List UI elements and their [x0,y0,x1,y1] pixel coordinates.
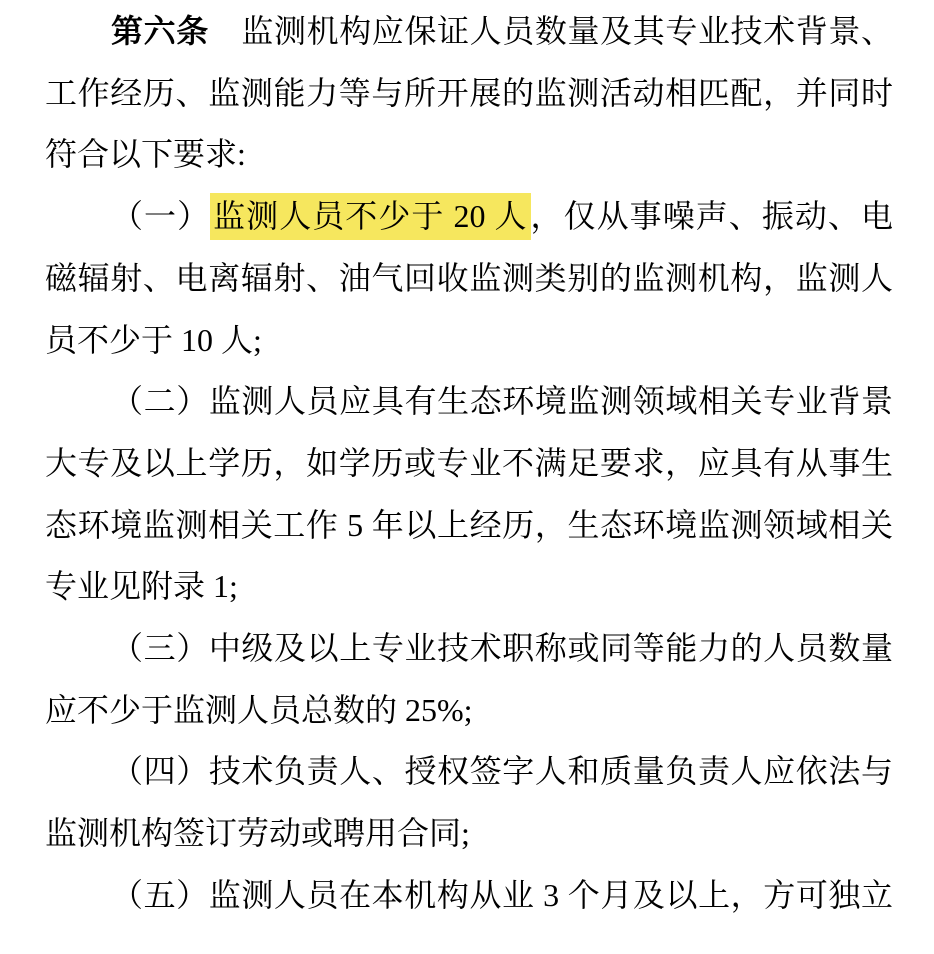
text-line: 态环境监测相关工作 5 年以上经历，生态环境监测领域相关 [45,495,893,557]
text-line: 员不少于 10 人; [45,310,893,372]
text-line: （四）技术负责人、授权签字人和质量负责人应依法与 [45,741,893,803]
highlighted-text: 监测人员不少于 20 人 [210,193,530,240]
text-line: 监测机构签订劳动或聘用合同; [45,803,893,865]
text-segment: （三）中级及以上专业技术职称或同等能力的人员数量 [111,630,893,666]
article-number-heading: 第六条 [111,13,209,49]
paragraph-item-3: （三）中级及以上专业技术职称或同等能力的人员数量应不少于监测人员总数的 25%; [45,618,893,741]
text-segment: 态环境监测相关工作 5 年以上经历，生态环境监测领域相关 [45,507,893,543]
text-segment: 专业见附录 1; [45,568,238,604]
text-line: 工作经历、监测能力等与所开展的监测活动相匹配，并同时 [45,63,893,125]
text-segment: 监测机构签订劳动或聘用合同; [45,815,470,851]
paragraph-item-2: （二）监测人员应具有生态环境监测领域相关专业背景大专及以上学历，如学历或专业不满… [45,371,893,618]
text-line: 专业见附录 1; [45,556,893,618]
document-page: 第六条 监测机构应保证人员数量及其专业技术背景、工作经历、监测能力等与所开展的监… [0,0,934,954]
paragraph-article-6-intro: 第六条 监测机构应保证人员数量及其专业技术背景、工作经历、监测能力等与所开展的监… [45,1,893,186]
paragraph-item-4: （四）技术负责人、授权签字人和质量负责人应依法与监测机构签订劳动或聘用合同; [45,741,893,864]
text-segment: 磁辐射、电离辐射、油气回收监测类别的监测机构，监测人 [45,260,893,296]
text-segment: （五）监测人员在本机构从业 3 个月及以上，方可独立 [111,877,893,913]
text-segment: 监测机构应保证人员数量及其专业技术背景、 [209,13,893,49]
paragraph-item-1: （一）监测人员不少于 20 人，仅从事噪声、振动、电磁辐射、电离辐射、油气回收监… [45,186,893,371]
text-line: 应不少于监测人员总数的 25%; [45,680,893,742]
text-segment: 应不少于监测人员总数的 25%; [45,692,473,728]
text-segment: ，仅从事噪声、振动、电 [531,198,893,234]
text-segment: 符合以下要求: [45,136,246,172]
text-segment: （一） [111,198,210,234]
text-line: （一）监测人员不少于 20 人，仅从事噪声、振动、电 [45,186,893,248]
text-segment: （二）监测人员应具有生态环境监测领域相关专业背景 [111,383,893,419]
text-line: 第六条 监测机构应保证人员数量及其专业技术背景、 [45,1,893,63]
text-line: （五）监测人员在本机构从业 3 个月及以上，方可独立 [45,865,893,927]
text-line: 符合以下要求: [45,124,893,186]
text-segment: 工作经历、监测能力等与所开展的监测活动相匹配，并同时 [45,75,893,111]
text-segment: （四）技术负责人、授权签字人和质量负责人应依法与 [111,753,893,789]
text-line: （三）中级及以上专业技术职称或同等能力的人员数量 [45,618,893,680]
text-segment: 大专及以上学历，如学历或专业不满足要求，应具有从事生 [45,445,893,481]
text-line: 磁辐射、电离辐射、油气回收监测类别的监测机构，监测人 [45,248,893,310]
text-line: （二）监测人员应具有生态环境监测领域相关专业背景 [45,371,893,433]
paragraph-item-5: （五）监测人员在本机构从业 3 个月及以上，方可独立 [45,865,893,927]
text-segment: 员不少于 10 人; [45,322,262,358]
text-line: 大专及以上学历，如学历或专业不满足要求，应具有从事生 [45,433,893,495]
